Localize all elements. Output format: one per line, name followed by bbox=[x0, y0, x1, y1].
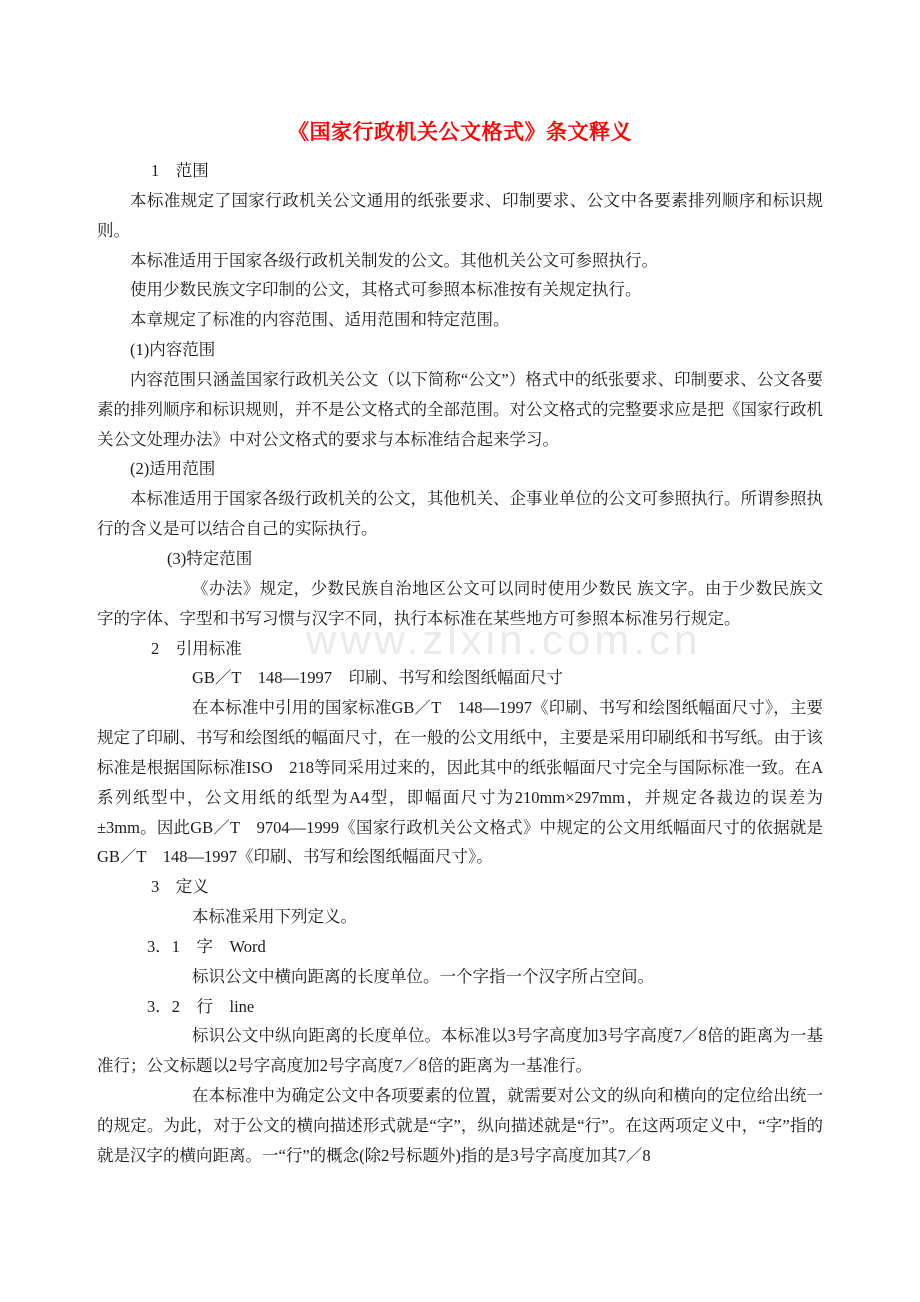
paragraph: 2 引用标准 bbox=[97, 634, 823, 664]
paragraph: 本标准适用于国家各级行政机关的公文，其他机关、企事业单位的公文可参照执行。所谓参… bbox=[97, 484, 823, 544]
paragraph: 3．1 字 Word bbox=[97, 932, 823, 962]
paragraph: 在本标准中为确定公文中各项要素的位置，就需要对公文的纵向和横向的定位给出统一的规… bbox=[97, 1081, 823, 1171]
document-content: 《国家行政机关公文格式》条文释义 1 范围本标准规定了国家行政机关公文通用的纸张… bbox=[97, 118, 823, 1171]
paragraph: (3)特定范围 bbox=[97, 544, 823, 574]
paragraph: 本章规定了标准的内容范围、适用范围和特定范围。 bbox=[97, 305, 823, 335]
paragraph: 标识公文中横向距离的长度单位。一个字指一个汉字所占空间。 bbox=[97, 962, 823, 992]
paragraph: 1 范围 bbox=[97, 156, 823, 186]
paragraph: 使用少数民族文字印制的公文，其格式可参照本标准按有关规定执行。 bbox=[97, 275, 823, 305]
paragraph: (2)适用范围 bbox=[97, 454, 823, 484]
paragraph: GB／T 148—1997 印刷、书写和绘图纸幅面尺寸 bbox=[97, 663, 823, 693]
page-title: 《国家行政机关公文格式》条文释义 bbox=[97, 118, 823, 148]
paragraph: 本标准规定了国家行政机关公文通用的纸张要求、印制要求、公文中各要素排列顺序和标识… bbox=[97, 186, 823, 246]
paragraph: 3．2 行 line bbox=[97, 992, 823, 1022]
document-page: www.zlxin.com.cn 《国家行政机关公文格式》条文释义 1 范围本标… bbox=[0, 0, 920, 1302]
paragraph: (1)内容范围 bbox=[97, 335, 823, 365]
paragraph: 本标准适用于国家各级行政机关制发的公文。其他机关公文可参照执行。 bbox=[97, 246, 823, 276]
paragraph: 本标准采用下列定义。 bbox=[97, 902, 823, 932]
document-body: 1 范围本标准规定了国家行政机关公文通用的纸张要求、印制要求、公文中各要素排列顺… bbox=[97, 156, 823, 1171]
paragraph: 《办法》规定，少数民族自治地区公文可以同时使用少数民 族文字。由于少数民族文字的… bbox=[97, 574, 823, 634]
paragraph: 在本标准中引用的国家标准GB／T 148—1997《印刷、书写和绘图纸幅面尺寸》… bbox=[97, 693, 823, 872]
paragraph: 内容范围只涵盖国家行政机关公文（以下简称“公文”）格式中的纸张要求、印制要求、公… bbox=[97, 365, 823, 455]
paragraph: 标识公文中纵向距离的长度单位。本标准以3号字高度加3号字高度7／8倍的距离为一基… bbox=[97, 1021, 823, 1081]
paragraph: 3 定义 bbox=[97, 872, 823, 902]
